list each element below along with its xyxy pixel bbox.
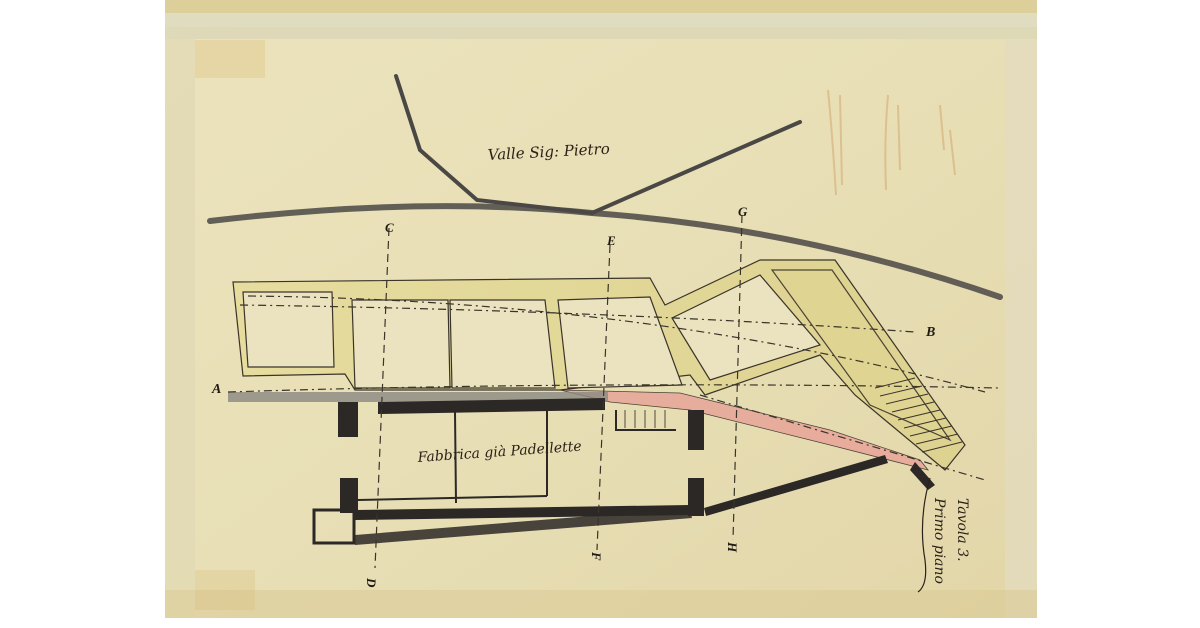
plan-drawing: Valle Sig: Pietro	[0, 0, 1200, 628]
section-letter-c: C	[385, 220, 394, 235]
section-letter-b: B	[925, 325, 935, 340]
section-letter-f: F	[589, 551, 604, 561]
section-letter-e: E	[606, 233, 616, 248]
section-letter-d: D	[364, 577, 379, 588]
section-letter-g: G	[738, 204, 748, 219]
section-letter-a: A	[211, 382, 221, 397]
plate-number: Tavola 3.	[954, 498, 970, 562]
section-letter-h: H	[725, 541, 740, 553]
plate-title: Primo piano	[931, 497, 947, 584]
